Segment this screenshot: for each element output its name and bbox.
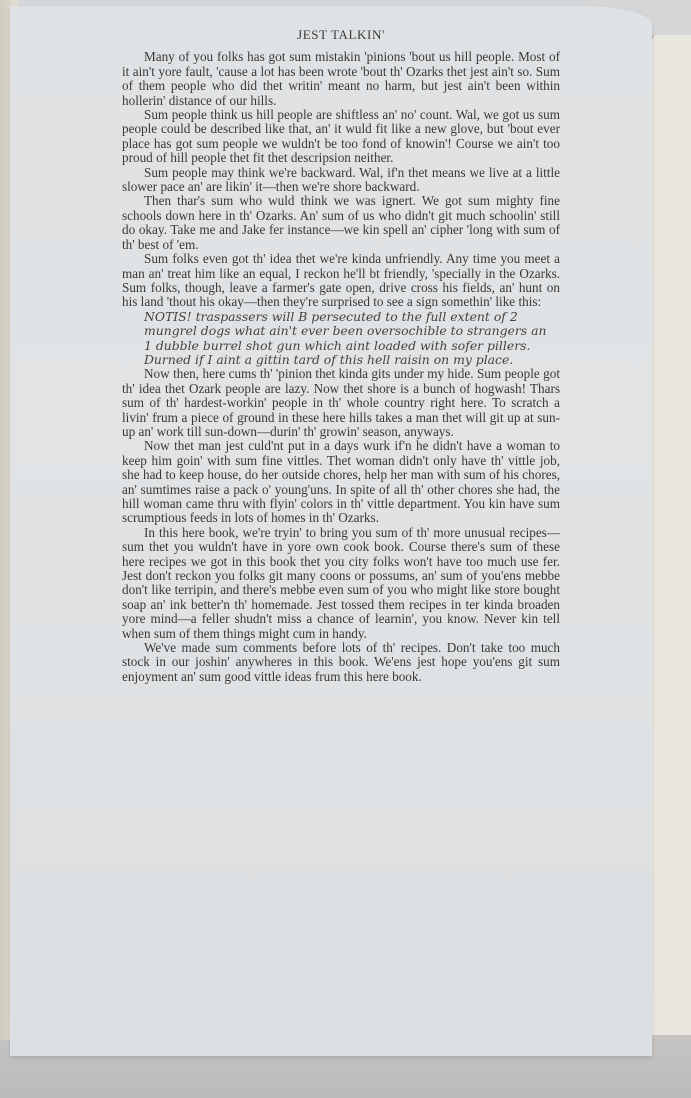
paragraph: In this here book, we're tryin' to bring… [122, 526, 560, 641]
paragraph: Sum people may think we're backward. Wal… [122, 166, 560, 195]
paragraph: Many of you folks has got sum mistakin '… [122, 50, 560, 108]
page-content: JEST TALKIN' Many of you folks has got s… [122, 28, 560, 684]
paragraph: We've made sum comments before lots of t… [122, 641, 560, 684]
paragraph: Now thet man jest culd'nt put in a days … [122, 439, 560, 525]
paragraph: Sum people think us hill people are shif… [122, 108, 560, 166]
facing-page-edge [650, 35, 691, 1035]
sign-quote: NOTIS! traspassers will B persecuted to … [144, 310, 550, 368]
page-title: JEST TALKIN' [122, 28, 560, 42]
paragraph: Sum folks even got th' idea thet we're k… [122, 252, 560, 310]
paragraph: Now then, here cums th' 'pinion thet kin… [122, 367, 560, 439]
paragraph: Then thar's sum who wuld think we was ig… [122, 194, 560, 252]
